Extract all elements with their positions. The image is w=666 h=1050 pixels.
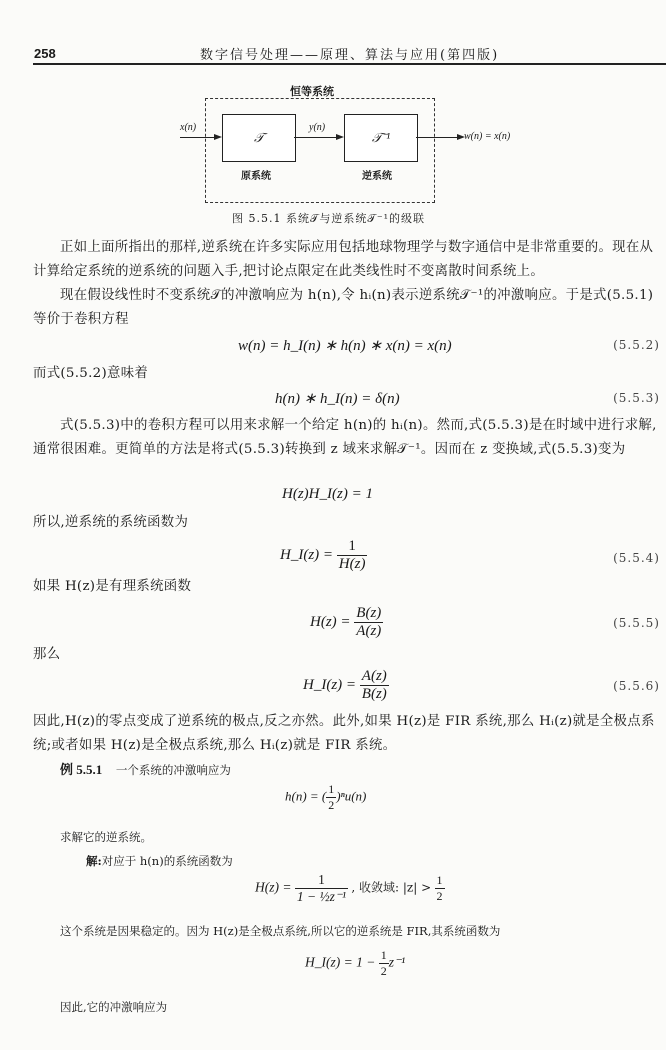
inverse-eq-lhs: H_I(z) = 1 − bbox=[305, 955, 375, 970]
original-system-block: 𝒯 bbox=[222, 114, 296, 162]
solution-intro-text: 对应于 h(n)的系统函数为 bbox=[102, 854, 233, 868]
example-inverse-equation: H_I(z) = 1 − 1 2 z⁻¹ bbox=[305, 948, 405, 979]
equation-5-5-3-number: (5.5.3) bbox=[613, 391, 660, 405]
equation-product-identity-text: H(z)H_I(z) = 1 bbox=[282, 486, 373, 502]
solution-label: 解: bbox=[86, 854, 102, 868]
header-rule bbox=[33, 63, 666, 65]
example-solution-intro: 解:对应于 h(n)的系统函数为 bbox=[86, 850, 233, 872]
fraction-denominator: B(z) bbox=[360, 685, 389, 703]
inverse-eq-fraction: 1 2 bbox=[379, 948, 389, 979]
paragraph-implies: 而式(5.5.2)意味着 bbox=[33, 362, 665, 386]
example-final-paragraph: 因此,它的冲激响应为 bbox=[60, 996, 167, 1018]
inverse-eq-rhs: z⁻¹ bbox=[389, 955, 405, 970]
fraction-numerator: 1 bbox=[295, 872, 348, 888]
output-signal-label: w(n) = x(n) bbox=[464, 131, 510, 142]
example-task: 求解它的逆系统。 bbox=[60, 826, 152, 848]
equation-5-5-5-fraction: B(z) A(z) bbox=[354, 605, 383, 640]
original-system-label: 原系统 bbox=[241, 167, 271, 182]
equation-5-5-6-number: (5.5.6) bbox=[613, 679, 660, 693]
paragraph-z-domain: 式(5.5.3)中的卷积方程可以用来求解一个给定 h(n)的 hᵢ(n)。然而,… bbox=[33, 414, 665, 462]
equation-5-5-4: H_I(z) = 1 H(z) bbox=[280, 538, 367, 573]
input-arrowhead-icon bbox=[214, 134, 222, 140]
impulse-eq-lhs: h(n) = ( bbox=[285, 788, 326, 803]
paragraph-zeros-poles: 因此,H(z)的零点变成了逆系统的极点,反之亦然。此外,如果 H(z)是 FIR… bbox=[33, 710, 665, 758]
example-causal-paragraph: 这个系统是因果稳定的。因为 H(z)是全极点系统,所以它的逆系统是 FIR,其系… bbox=[60, 920, 660, 942]
equation-5-5-6-lhs: H_I(z) = bbox=[303, 677, 356, 693]
equation-5-5-3-text: h(n) ∗ h_I(n) = δ(n) bbox=[275, 391, 400, 407]
fraction-denominator: A(z) bbox=[354, 622, 383, 640]
system-function-fraction: 1 1 − ½z⁻¹ bbox=[295, 872, 348, 905]
impulse-eq-rhs: )ⁿu(n) bbox=[336, 788, 366, 803]
equation-5-5-4-fraction: 1 H(z) bbox=[337, 538, 368, 573]
equation-5-5-5-lhs: H(z) = bbox=[310, 614, 351, 630]
identity-system-label: 恒等系统 bbox=[290, 83, 334, 99]
fraction-numerator: 1 bbox=[435, 873, 445, 888]
example-intro: 一个系统的冲激响应为 bbox=[116, 763, 231, 777]
equation-5-5-4-lhs: H_I(z) = bbox=[280, 547, 333, 563]
fraction-denominator: 2 bbox=[435, 888, 445, 904]
equation-5-5-4-number: (5.5.4) bbox=[613, 551, 660, 565]
example-impulse-equation: h(n) = (12)ⁿu(n) bbox=[285, 782, 366, 813]
inverse-system-label: 逆系统 bbox=[362, 167, 392, 182]
equation-5-5-2-text: w(n) = h_I(n) ∗ h(n) ∗ x(n) = x(n) bbox=[238, 338, 452, 354]
paragraph-inverse-importance: 正如上面所指出的那样,逆系统在许多实际应用包括地球物理学与数字通信中是非常重要的… bbox=[33, 236, 665, 284]
figure-caption: 图 5.5.1 系统𝒯与逆系统𝒯⁻¹的级联 bbox=[232, 210, 425, 226]
paragraph-then: 那么 bbox=[33, 643, 665, 667]
fraction-denominator: 2 bbox=[379, 963, 389, 979]
equation-product-identity: H(z)H_I(z) = 1 bbox=[282, 486, 373, 503]
fraction-denominator: H(z) bbox=[337, 555, 368, 573]
system-t-symbol: 𝒯 bbox=[254, 130, 264, 146]
equation-5-5-6: H_I(z) = A(z) B(z) bbox=[303, 668, 389, 703]
fraction-numerator: B(z) bbox=[354, 605, 383, 622]
fraction-numerator: 1 bbox=[326, 782, 336, 797]
example-label: 例 5.5.1 bbox=[60, 762, 102, 777]
equation-5-5-3: h(n) ∗ h_I(n) = δ(n) bbox=[275, 389, 400, 408]
paragraph-system-function: 所以,逆系统的系统函数为 bbox=[33, 511, 665, 535]
fraction-denominator: 1 − ½z⁻¹ bbox=[295, 888, 348, 905]
input-signal-label: x(n) bbox=[180, 122, 196, 133]
example-header: 例 5.5.1 一个系统的冲激响应为 bbox=[60, 759, 231, 781]
input-arrow-line bbox=[180, 137, 214, 138]
page-number: 258 bbox=[34, 46, 56, 61]
equation-5-5-5-number: (5.5.5) bbox=[613, 616, 660, 630]
equation-5-5-2-number: (5.5.2) bbox=[613, 338, 660, 352]
paragraph-rational: 如果 H(z)是有理系统函数 bbox=[33, 575, 665, 599]
fraction-denominator: 2 bbox=[326, 797, 336, 813]
output-arrow-line bbox=[416, 137, 459, 138]
impulse-eq-fraction: 12 bbox=[326, 782, 336, 813]
intermediate-signal-label: y(n) bbox=[309, 122, 325, 133]
roc-fraction: 1 2 bbox=[435, 873, 445, 904]
equation-5-5-2: w(n) = h_I(n) ∗ h(n) ∗ x(n) = x(n) bbox=[238, 336, 452, 355]
roc-label: , 收敛域: |z| > bbox=[351, 881, 431, 895]
equation-5-5-5: H(z) = B(z) A(z) bbox=[310, 605, 383, 640]
equation-5-5-6-fraction: A(z) B(z) bbox=[360, 668, 389, 703]
fraction-numerator: 1 bbox=[379, 948, 389, 963]
inverse-system-block: 𝒯⁻¹ bbox=[344, 114, 418, 162]
example-system-function-equation: H(z) = 1 1 − ½z⁻¹ , 收敛域: |z| > 1 2 bbox=[255, 872, 445, 905]
running-header-title: 数字信号处理——原理、算法与应用(第四版) bbox=[200, 44, 499, 63]
system-function-lhs: H(z) = bbox=[255, 880, 291, 895]
system-t-inverse-symbol: 𝒯⁻¹ bbox=[372, 130, 390, 146]
paragraph-impulse-response: 现在假设线性时不变系统𝒯的冲激响应为 h(n),令 hᵢ(n)表示逆系统𝒯⁻¹的… bbox=[33, 284, 665, 332]
middle-arrowhead-icon bbox=[336, 134, 344, 140]
middle-arrow-line bbox=[294, 137, 336, 138]
fraction-numerator: A(z) bbox=[360, 668, 389, 685]
fraction-numerator: 1 bbox=[337, 538, 368, 555]
